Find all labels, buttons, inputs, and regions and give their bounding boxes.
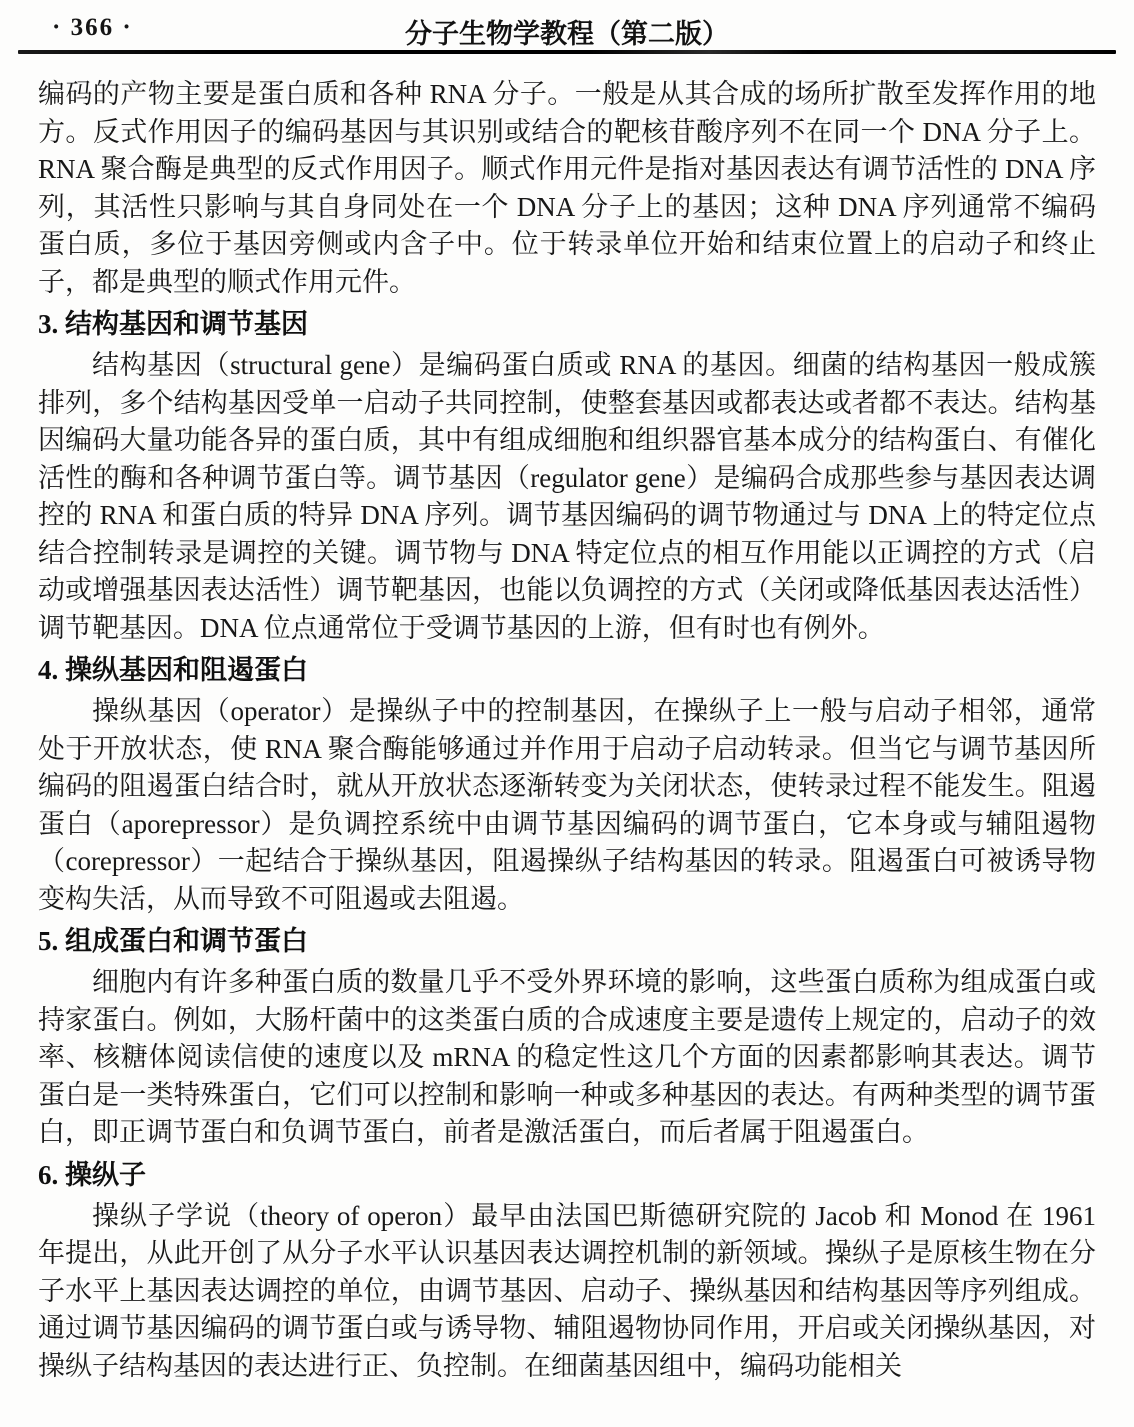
section-heading-structural-and-regulator-genes: 3. 结构基因和调节基因 [38, 305, 1096, 343]
page-header: · 366 · 分子生物学教程（第二版） [0, 0, 1134, 50]
book-title: 分子生物学教程（第二版） [405, 12, 729, 51]
section-paragraph-constitutive-and-regulatory-proteins: 细胞内有许多种蛋白质的数量几乎不受外界环境的影响，这些蛋白质称为组成蛋白或持家蛋… [38, 964, 1096, 1152]
page-number: · 366 · [52, 14, 133, 42]
textbook-page: · 366 · 分子生物学教程（第二版） 编码的产物主要是蛋白质和各种 RNA … [0, 0, 1134, 1427]
section-paragraph-operator-and-repressor: 操纵基因（operator）是操纵子中的控制基因，在操纵子上一般与启动子相邻，通… [38, 693, 1096, 918]
paragraph-intro-continuation: 编码的产物主要是蛋白质和各种 RNA 分子。一般是从其合成的场所扩散至发挥作用的… [38, 76, 1096, 301]
section-paragraph-operon: 操纵子学说（theory of operon）最早由法国巴斯德研究院的 Jaco… [38, 1198, 1096, 1386]
page-body: 编码的产物主要是蛋白质和各种 RNA 分子。一般是从其合成的场所扩散至发挥作用的… [0, 76, 1134, 1385]
section-heading-operon: 6. 操纵子 [38, 1156, 1096, 1194]
section-heading-constitutive-and-regulatory-proteins: 5. 组成蛋白和调节蛋白 [38, 922, 1096, 960]
section-paragraph-structural-and-regulator-genes: 结构基因（structural gene）是编码蛋白质或 RNA 的基因。细菌的… [38, 347, 1096, 647]
section-heading-operator-and-repressor: 4. 操纵基因和阻遏蛋白 [38, 651, 1096, 689]
